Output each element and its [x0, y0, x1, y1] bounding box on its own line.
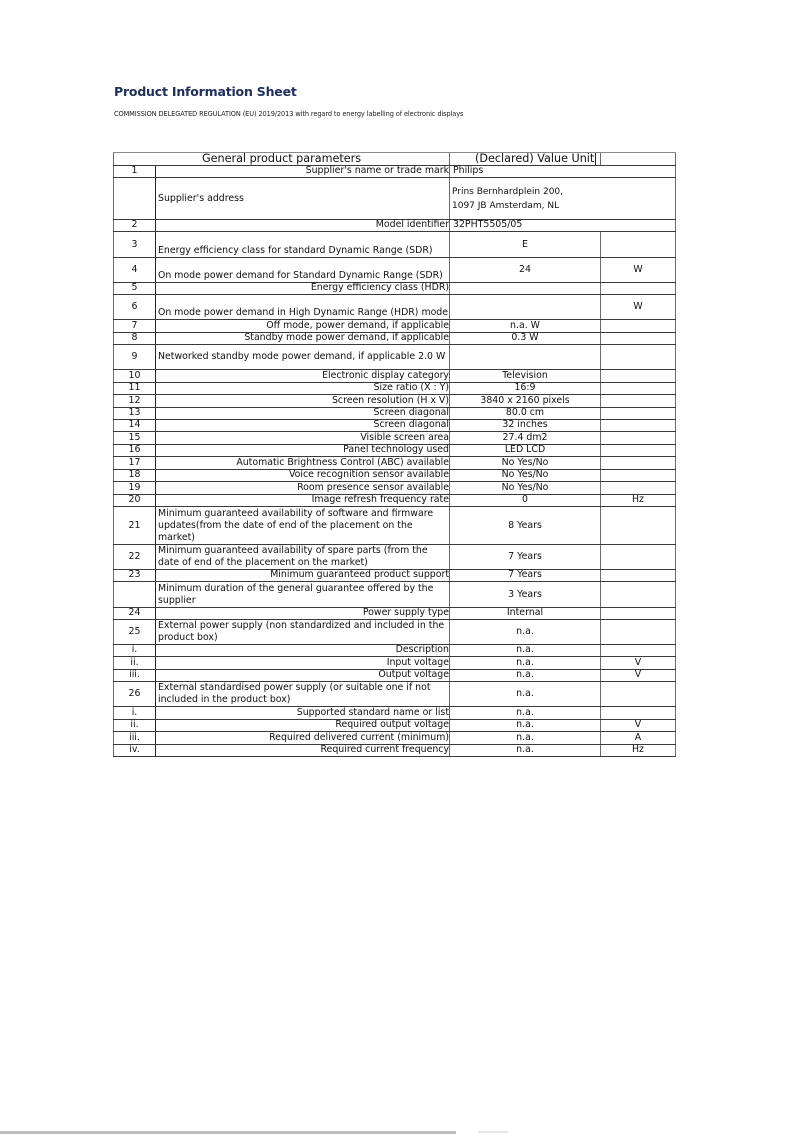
- row-number: 20: [113, 495, 155, 506]
- row-declared-value: 24: [449, 258, 600, 282]
- row-parameter-label: Networked standby mode power demand, if …: [155, 345, 449, 369]
- table-row: i.Descriptionn.a.: [113, 645, 676, 657]
- row-parameter-label: Minimum duration of the general guarante…: [155, 582, 449, 607]
- table-row: 20Image refresh frequency rate0Hz: [113, 495, 676, 507]
- row-unit: [600, 420, 676, 431]
- row-declared-value: n.a. W: [449, 320, 600, 332]
- row-parameter-label: Required output voltage: [155, 720, 449, 731]
- row-number: 13: [113, 408, 155, 419]
- row-unit: [600, 395, 676, 407]
- row-unit: Hz: [600, 495, 676, 506]
- row-parameter-label: Supplier's name or trade mark: [155, 166, 449, 177]
- row-unit: [600, 408, 676, 419]
- row-unit: [600, 457, 676, 469]
- row-unit: [600, 570, 676, 581]
- row-declared-value: n.a.: [449, 620, 600, 644]
- table-row: 23Minimum guaranteed product support7 Ye…: [113, 570, 676, 582]
- row-parameter-label: Supplier's address: [155, 178, 449, 219]
- row-number: ii.: [113, 657, 155, 669]
- row-number: iv.: [113, 745, 155, 756]
- row-number: 26: [113, 682, 155, 706]
- row-number: 12: [113, 395, 155, 407]
- row-number: iii.: [113, 732, 155, 744]
- table-header: General product parameters (Declared) Va…: [113, 152, 676, 166]
- row-parameter-label: Screen diagonal: [155, 408, 449, 419]
- row-number: 1: [113, 166, 155, 177]
- row-number: 5: [113, 283, 155, 294]
- row-parameter-label: Power supply type: [155, 608, 449, 619]
- row-unit: [600, 345, 676, 369]
- row-unit: [600, 507, 676, 544]
- row-declared-value: n.a.: [449, 657, 600, 669]
- header-parameters: General product parameters: [113, 153, 449, 165]
- row-number: 18: [113, 470, 155, 481]
- table-row: 4On mode power demand for Standard Dynam…: [113, 258, 676, 283]
- row-declared-value: LED LCD: [449, 445, 600, 456]
- table-row: 22Minimum guaranteed availability of spa…: [113, 545, 676, 570]
- row-declared-value: 7 Years: [449, 545, 600, 569]
- row-unit: [600, 682, 676, 706]
- row-declared-value: n.a.: [449, 645, 600, 656]
- table-row: 24Power supply typeInternal: [113, 608, 676, 620]
- table-row: ii.Required output voltagen.a.V: [113, 720, 676, 732]
- row-parameter-label: Required delivered current (minimum): [155, 732, 449, 744]
- row-parameter-label: Minimum guaranteed availability of softw…: [155, 507, 449, 544]
- row-parameter-label: Minimum guaranteed availability of spare…: [155, 545, 449, 569]
- table-row: 1Supplier's name or trade markPhilips: [113, 166, 676, 178]
- row-number: 19: [113, 482, 155, 494]
- regulation-subtitle: COMMISSION DELEGATED REGULATION (EU) 201…: [114, 110, 463, 118]
- table-row: 18Voice recognition sensor availableNo Y…: [113, 470, 676, 482]
- row-parameter-label: Required current frequency: [155, 745, 449, 756]
- row-parameter-label: On mode power demand in High Dynamic Ran…: [155, 295, 449, 319]
- table-row: 5Energy efficiency class (HDR): [113, 283, 676, 295]
- row-parameter-label: External power supply (non standardized …: [155, 620, 449, 644]
- header-unit-cell: [600, 153, 676, 165]
- row-declared-value: n.a.: [449, 732, 600, 744]
- table-row: 26External standardised power supply (or…: [113, 682, 676, 707]
- row-parameter-label: Energy efficiency class (HDR): [155, 283, 449, 294]
- row-unit: V: [600, 657, 676, 669]
- row-number: i.: [113, 707, 155, 719]
- row-parameter-label: Electronic display category: [155, 370, 449, 382]
- row-declared-value: 7 Years: [449, 570, 600, 581]
- row-declared-value: n.a.: [449, 670, 600, 681]
- row-parameter-label: Output voltage: [155, 670, 449, 681]
- row-parameter-label: Minimum guaranteed product support: [155, 570, 449, 581]
- row-parameter-label: Description: [155, 645, 449, 656]
- row-declared-value: Philips: [449, 166, 676, 177]
- row-declared-value: 16:9: [449, 383, 600, 394]
- header-value-unit: (Declared) Value Unit: [449, 153, 600, 165]
- row-unit: [600, 608, 676, 619]
- row-declared-value: No Yes/No: [449, 482, 600, 494]
- row-number: 2: [113, 220, 155, 231]
- table-row: iv. Required current frequencyn.a.Hz: [113, 745, 676, 757]
- row-declared-value: 0: [449, 495, 600, 506]
- row-unit: W: [600, 295, 676, 319]
- table-row: iii.Output voltagen.a.V: [113, 670, 676, 682]
- table-row: 11Size ratio (X : Y)16:9: [113, 383, 676, 395]
- row-number: [113, 582, 155, 607]
- row-unit: [600, 470, 676, 481]
- row-number: 6: [113, 295, 155, 319]
- row-unit: [600, 333, 676, 344]
- address-line: Prins Bernhardplein 200,: [452, 185, 563, 199]
- row-parameter-label: Room presence sensor available: [155, 482, 449, 494]
- table-row: 21Minimum guaranteed availability of sof…: [113, 507, 676, 545]
- row-declared-value: [449, 283, 600, 294]
- row-number: 24: [113, 608, 155, 619]
- row-number: 9: [113, 345, 155, 369]
- row-declared-value: No Yes/No: [449, 457, 600, 469]
- row-unit: A: [600, 732, 676, 744]
- row-declared-value: Television: [449, 370, 600, 382]
- row-declared-value: E: [449, 232, 600, 257]
- table-row: 9Networked standby mode power demand, if…: [113, 345, 676, 370]
- row-declared-value: Internal: [449, 608, 600, 619]
- row-unit: V: [600, 720, 676, 731]
- row-unit: V: [600, 670, 676, 681]
- table-row: 3Energy efficiency class for standard Dy…: [113, 232, 676, 258]
- row-number: [113, 178, 155, 219]
- row-number: 7: [113, 320, 155, 332]
- row-parameter-label: Voice recognition sensor available: [155, 470, 449, 481]
- row-number: 15: [113, 432, 155, 444]
- header-value-unit-text: (Declared) Value Unit: [475, 153, 596, 165]
- row-unit: [600, 232, 676, 257]
- row-unit: [600, 320, 676, 332]
- table-row: 25External power supply (non standardize…: [113, 620, 676, 645]
- row-declared-value: [449, 295, 600, 319]
- page-title: Product Information Sheet: [114, 84, 297, 99]
- row-number: 11: [113, 383, 155, 394]
- table-row: 6On mode power demand in High Dynamic Ra…: [113, 295, 676, 320]
- row-number: 8: [113, 333, 155, 344]
- row-parameter-label: External standardised power supply (or s…: [155, 682, 449, 706]
- row-parameter-label: Visible screen area: [155, 432, 449, 444]
- row-declared-value: 0.3 W: [449, 333, 600, 344]
- row-parameter-label: Screen resolution (H x V): [155, 395, 449, 407]
- row-declared-value: No Yes/No: [449, 470, 600, 481]
- row-unit: [600, 620, 676, 644]
- row-parameter-label: Standby mode power demand, if applicable: [155, 333, 449, 344]
- row-parameter-label: Panel technology used: [155, 445, 449, 456]
- row-number: 17: [113, 457, 155, 469]
- table-row: 2Model identifier32PHT5505/05: [113, 220, 676, 232]
- row-unit: [600, 383, 676, 394]
- row-number: 16: [113, 445, 155, 456]
- row-declared-value: 3 Years: [449, 582, 600, 607]
- row-unit: [600, 707, 676, 719]
- table-row: 8Standby mode power demand, if applicabl…: [113, 333, 676, 345]
- row-declared-value: [449, 345, 600, 369]
- row-parameter-label: Size ratio (X : Y): [155, 383, 449, 394]
- row-parameter-label: Input voltage: [155, 657, 449, 669]
- row-parameter-label: On mode power demand for Standard Dynami…: [155, 258, 449, 282]
- row-number: 14: [113, 420, 155, 431]
- row-parameter-label: Automatic Brightness Control (ABC) avail…: [155, 457, 449, 469]
- row-declared-value: Prins Bernhardplein 200,1097 JB Amsterda…: [449, 178, 676, 219]
- row-number: i.: [113, 645, 155, 656]
- row-unit: [600, 445, 676, 456]
- row-number: 22: [113, 545, 155, 569]
- row-parameter-label: Energy efficiency class for standard Dyn…: [155, 232, 449, 257]
- row-unit: [600, 370, 676, 382]
- row-parameter-label: Off mode, power demand, if applicable: [155, 320, 449, 332]
- row-number: 25: [113, 620, 155, 644]
- row-unit: [600, 582, 676, 607]
- row-parameter-label: Screen diagonal: [155, 420, 449, 431]
- row-parameter-label: Image refresh frequency rate: [155, 495, 449, 506]
- row-parameter-label: Supported standard name or list: [155, 707, 449, 719]
- row-number: 21: [113, 507, 155, 544]
- row-unit: [600, 432, 676, 444]
- row-declared-value: 32PHT5505/05: [449, 220, 676, 231]
- row-number: ii.: [113, 720, 155, 731]
- row-declared-value: 3840 x 2160 pixels: [449, 395, 600, 407]
- row-declared-value: n.a.: [449, 720, 600, 731]
- row-number: iii.: [113, 670, 155, 681]
- table-row: Supplier's addressPrins Bernhardplein 20…: [113, 178, 676, 220]
- row-declared-value: 27.4 dm2: [449, 432, 600, 444]
- row-unit: [600, 482, 676, 494]
- row-declared-value: 80.0 cm: [449, 408, 600, 419]
- row-declared-value: n.a.: [449, 682, 600, 706]
- address-line: 1097 JB Amsterdam, NL: [452, 199, 559, 213]
- row-number: 4: [113, 258, 155, 282]
- table-row: Minimum duration of the general guarante…: [113, 582, 676, 608]
- row-number: 3: [113, 232, 155, 257]
- row-unit: [600, 283, 676, 294]
- row-unit: W: [600, 258, 676, 282]
- row-number: 23: [113, 570, 155, 581]
- row-declared-value: 32 inches: [449, 420, 600, 431]
- row-unit: [600, 545, 676, 569]
- row-unit: [600, 645, 676, 656]
- table-row: 16Panel technology usedLED LCD: [113, 445, 676, 457]
- row-declared-value: n.a.: [449, 745, 600, 756]
- row-parameter-label: Model identifier: [155, 220, 449, 231]
- row-unit: Hz: [600, 745, 676, 756]
- row-declared-value: n.a.: [449, 707, 600, 719]
- table-row: 14Screen diagonal32 inches: [113, 420, 676, 432]
- page-footer-marks: [478, 1131, 508, 1133]
- row-number: 10: [113, 370, 155, 382]
- row-declared-value: 8 Years: [449, 507, 600, 544]
